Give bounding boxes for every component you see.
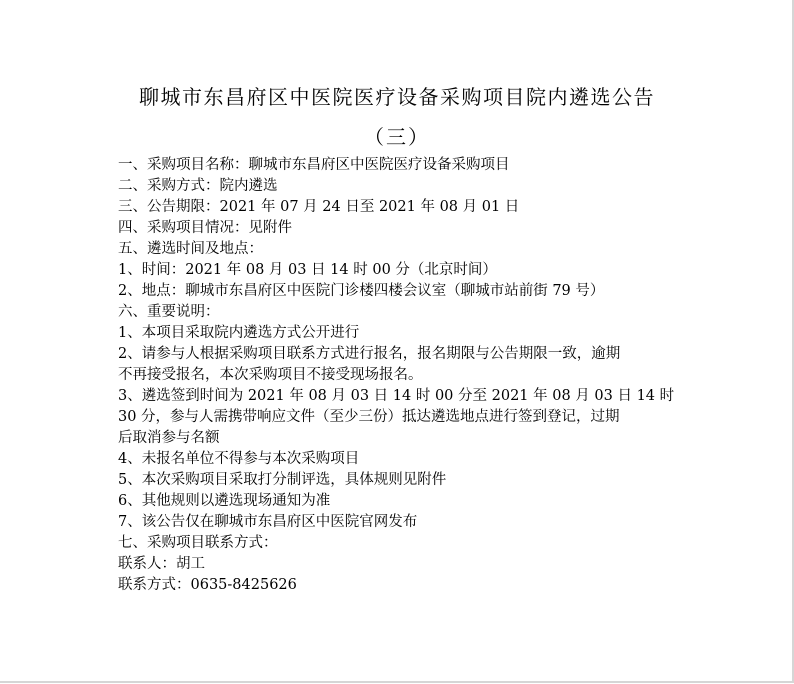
selection-time: 1、时间：2021 年 08 月 03 日 14 时 00 分（北京时间） [118,260,678,281]
selection-location: 2、地点：聊城市东昌府区中医院门诊楼四楼会议室（聊城市站前街 79 号） [118,281,678,302]
note-2-line-2: 不再接受报名，本次采购项目不接受现场报名。 [118,365,678,386]
note-5: 5、本次采购项目采取打分制评选，具体规则见附件 [118,470,678,491]
section-project-name: 一、采购项目名称：聊城市东昌府区中医院医疗设备采购项目 [118,155,678,176]
section-project-details: 四、采购项目情况：见附件 [118,218,678,239]
section-contact-info: 七、采购项目联系方式： [118,533,678,554]
section-procurement-method: 二、采购方式：院内遴选 [118,176,678,197]
document-body: 一、采购项目名称：聊城市东昌府区中医院医疗设备采购项目 二、采购方式：院内遴选 … [118,155,678,596]
document-page: 聊城市东昌府区中医院医疗设备采购项目院内遴选公告 （三） 一、采购项目名称：聊城… [0,0,794,683]
contact-person: 联系人：胡工 [118,554,678,575]
contact-phone: 联系方式：0635-8425626 [118,575,678,596]
note-3-line-1: 3、遴选签到时间为 2021 年 08 月 03 日 14 时 00 分至 20… [118,386,678,407]
note-4: 4、未报名单位不得参与本次采购项目 [118,449,678,470]
note-3-line-3: 后取消参与名额 [118,428,678,449]
section-notice-period: 三、公告期限：2021 年 07 月 24 日至 2021 年 08 月 01 … [118,197,678,218]
note-7: 7、该公告仅在聊城市东昌府区中医院官网发布 [118,512,678,533]
section-selection-time-place: 五、遴选时间及地点： [118,239,678,260]
note-2-line-1: 2、请参与人根据采购项目联系方式进行报名，报名期限与公告期限一致，逾期 [118,344,678,365]
document-title: 聊城市东昌府区中医院医疗设备采购项目院内遴选公告 [0,84,794,110]
note-1: 1、本项目采取院内遴选方式公开进行 [118,323,678,344]
note-6: 6、其他规则以遴选现场通知为准 [118,491,678,512]
document-subtitle: （三） [0,124,794,150]
note-3-line-2: 30 分，参与人需携带响应文件（至少三份）抵达遴选地点进行签到登记，过期 [118,407,678,428]
section-important-notes: 六、重要说明： [118,302,678,323]
